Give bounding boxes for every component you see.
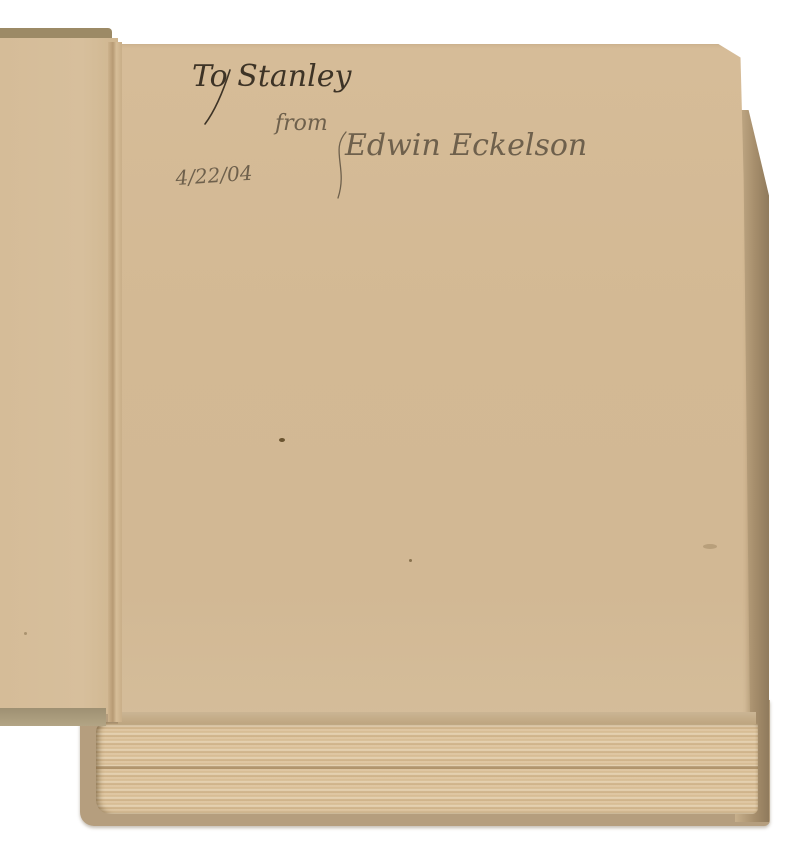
book-photo: To Stanley from Edwin Eckelson 4/22/04 <box>0 0 800 850</box>
page-bottom-edge <box>118 712 756 724</box>
inscribed-page <box>118 44 750 722</box>
foxing-spot <box>409 559 412 562</box>
page-block-deckle-edges <box>96 722 758 814</box>
foxing-spot <box>24 632 27 635</box>
foxing-spot <box>279 438 285 442</box>
front-endpaper-left <box>0 38 118 714</box>
front-cover-bottom-edge <box>0 708 106 726</box>
book-gutter <box>108 42 122 722</box>
stain-spot <box>703 544 717 549</box>
